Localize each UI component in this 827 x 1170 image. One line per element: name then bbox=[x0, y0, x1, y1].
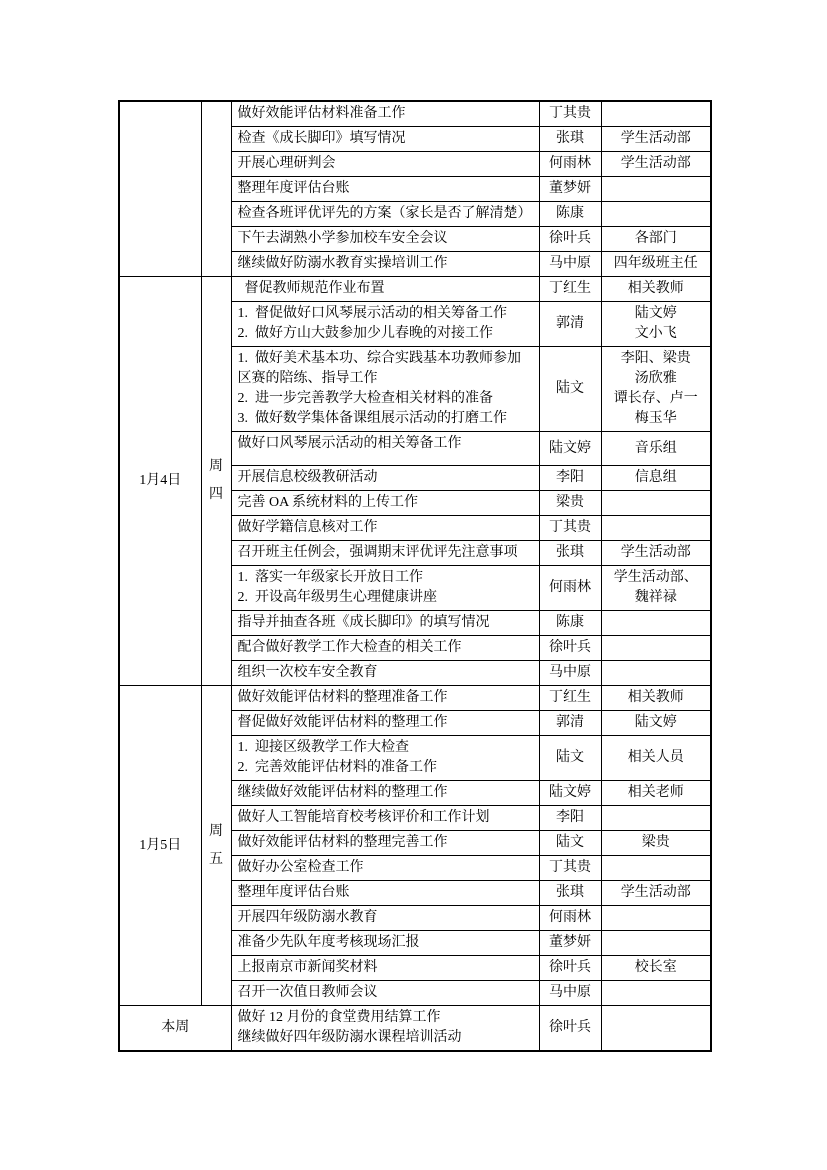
task-cell: 整理年度评估台账 bbox=[231, 881, 539, 906]
document-page: 做好效能评估材料准备工作丁其贵检查《成长脚印》填写情况张琪学生活动部开展心理研判… bbox=[0, 0, 827, 1170]
person-cell: 董梦妍 bbox=[539, 177, 601, 202]
task-cell: 1. 落实一年级家长开放日工作2. 开设高年级男生心理健康讲座 bbox=[231, 566, 539, 611]
person-cell: 马中原 bbox=[539, 661, 601, 686]
department-line: 相关教师 bbox=[604, 279, 709, 299]
department-cell bbox=[601, 491, 711, 516]
department-line: 相关人员 bbox=[604, 748, 709, 768]
table-row: 1月5日周五做好效能评估材料的整理准备工作丁红生相关教师 bbox=[119, 686, 711, 711]
task-cell: 整理年度评估台账 bbox=[231, 177, 539, 202]
weekly-schedule-table: 做好效能评估材料准备工作丁其贵检查《成长脚印》填写情况张琪学生活动部开展心理研判… bbox=[118, 100, 712, 1052]
department-line: 各部门 bbox=[604, 229, 709, 249]
task-line: 整理年度评估台账 bbox=[238, 179, 537, 199]
date-cell: 本周 bbox=[119, 1006, 231, 1052]
task-line: 做好口风琴展示活动的相关筹备工作 bbox=[238, 434, 537, 454]
task-line: 召开一次值日教师会议 bbox=[238, 983, 537, 1003]
task-cell: 组织一次校车安全教育 bbox=[231, 661, 539, 686]
department-line: 相关教师 bbox=[604, 688, 709, 708]
task-line: 完善 OA 系统材料的上传工作 bbox=[238, 493, 537, 513]
department-cell: 四年级班主任 bbox=[601, 252, 711, 277]
department-line: 魏祥禄 bbox=[604, 588, 709, 608]
department-cell bbox=[601, 1006, 711, 1052]
task-line: 做好 12 月份的食堂费用结算工作 bbox=[238, 1008, 537, 1028]
department-cell: 学生活动部、魏祥禄 bbox=[601, 566, 711, 611]
schedule-table-body: 做好效能评估材料准备工作丁其贵检查《成长脚印》填写情况张琪学生活动部开展心理研判… bbox=[119, 101, 711, 1051]
department-cell: 各部门 bbox=[601, 227, 711, 252]
department-cell bbox=[601, 661, 711, 686]
task-line: 2. 做好方山大鼓参加少儿春晚的对接工作 bbox=[238, 324, 537, 344]
task-line bbox=[238, 454, 537, 463]
task-line: 1. 督促做好口风琴展示活动的相关筹备工作 bbox=[238, 304, 537, 324]
task-line: 下午去湖熟小学参加校车安全会议 bbox=[238, 229, 537, 249]
task-line: 检查《成长脚印》填写情况 bbox=[238, 129, 537, 149]
person-cell: 丁其贵 bbox=[539, 101, 601, 127]
task-line: 做好办公室检查工作 bbox=[238, 858, 537, 878]
task-cell: 开展信息校级教研活动 bbox=[231, 466, 539, 491]
person-cell: 梁贵 bbox=[539, 491, 601, 516]
department-cell: 学生活动部 bbox=[601, 127, 711, 152]
department-cell: 李阳、梁贵汤欣雅谭长存、卢一梅玉华 bbox=[601, 347, 711, 432]
person-cell: 陈康 bbox=[539, 611, 601, 636]
department-line: 音乐组 bbox=[604, 439, 709, 459]
table-row: 1月4日周四 督促教师规范作业布置丁红生相关教师 bbox=[119, 277, 711, 302]
person-cell: 董梦妍 bbox=[539, 931, 601, 956]
day-cell: 周四 bbox=[201, 277, 231, 686]
task-cell: 下午去湖熟小学参加校车安全会议 bbox=[231, 227, 539, 252]
task-cell: 1. 督促做好口风琴展示活动的相关筹备工作2. 做好方山大鼓参加少儿春晚的对接工… bbox=[231, 302, 539, 347]
person-cell: 张琪 bbox=[539, 541, 601, 566]
person-cell: 丁红生 bbox=[539, 277, 601, 302]
department-line: 校长室 bbox=[604, 958, 709, 978]
department-line: 学生活动部 bbox=[604, 543, 709, 563]
task-cell: 配合做好教学工作大检查的相关工作 bbox=[231, 636, 539, 661]
task-cell: 完善 OA 系统材料的上传工作 bbox=[231, 491, 539, 516]
department-cell: 音乐组 bbox=[601, 432, 711, 466]
department-cell: 相关老师 bbox=[601, 781, 711, 806]
department-cell: 相关教师 bbox=[601, 277, 711, 302]
department-line: 汤欣雅 bbox=[604, 369, 709, 389]
department-line: 谭长存、卢一 bbox=[604, 389, 709, 409]
task-line: 1. 迎接区级教学工作大检查 bbox=[238, 738, 537, 758]
department-cell: 学生活动部 bbox=[601, 152, 711, 177]
department-line: 学生活动部、 bbox=[604, 568, 709, 588]
task-cell: 做好口风琴展示活动的相关筹备工作 bbox=[231, 432, 539, 466]
department-cell bbox=[601, 516, 711, 541]
person-cell: 马中原 bbox=[539, 252, 601, 277]
person-cell: 张琪 bbox=[539, 127, 601, 152]
person-cell: 徐叶兵 bbox=[539, 227, 601, 252]
task-line: 做好效能评估材料的整理完善工作 bbox=[238, 833, 537, 853]
department-line: 陆文婷 bbox=[604, 304, 709, 324]
department-cell: 相关人员 bbox=[601, 736, 711, 781]
person-cell: 徐叶兵 bbox=[539, 956, 601, 981]
task-cell: 检查《成长脚印》填写情况 bbox=[231, 127, 539, 152]
task-cell: 召开一次值日教师会议 bbox=[231, 981, 539, 1006]
person-cell: 何雨林 bbox=[539, 566, 601, 611]
task-line: 继续做好防溺水教育实操培训工作 bbox=[238, 254, 537, 274]
department-cell bbox=[601, 177, 711, 202]
department-cell: 相关教师 bbox=[601, 686, 711, 711]
task-cell: 做好学籍信息核对工作 bbox=[231, 516, 539, 541]
person-cell: 何雨林 bbox=[539, 906, 601, 931]
person-cell: 丁红生 bbox=[539, 686, 601, 711]
task-cell: 1. 迎接区级教学工作大检查2. 完善效能评估材料的准备工作 bbox=[231, 736, 539, 781]
department-line: 学生活动部 bbox=[604, 883, 709, 903]
department-cell bbox=[601, 981, 711, 1006]
department-line: 四年级班主任 bbox=[604, 254, 709, 274]
task-cell: 做好人工智能培育校考核评价和工作计划 bbox=[231, 806, 539, 831]
task-cell: 做好 12 月份的食堂费用结算工作继续做好四年级防溺水课程培训活动 bbox=[231, 1006, 539, 1052]
person-cell: 陆文婷 bbox=[539, 781, 601, 806]
department-cell bbox=[601, 931, 711, 956]
table-row: 本周做好 12 月份的食堂费用结算工作继续做好四年级防溺水课程培训活动徐叶兵 bbox=[119, 1006, 711, 1052]
task-line: 2. 进一步完善教学大检查相关材料的准备 bbox=[238, 389, 537, 409]
task-cell: 督促做好效能评估材料的整理工作 bbox=[231, 711, 539, 736]
task-line: 组织一次校车安全教育 bbox=[238, 663, 537, 683]
task-line: 1. 落实一年级家长开放日工作 bbox=[238, 568, 537, 588]
date-cell: 1月5日 bbox=[119, 686, 201, 1006]
department-cell: 校长室 bbox=[601, 956, 711, 981]
task-line: 1. 做好美术基本功、综合实践基本功教师参加 bbox=[238, 349, 537, 369]
person-cell: 陆文婷 bbox=[539, 432, 601, 466]
task-line: 指导并抽查各班《成长脚印》的填写情况 bbox=[238, 613, 537, 633]
person-cell: 丁其贵 bbox=[539, 856, 601, 881]
task-line: 做好效能评估材料的整理准备工作 bbox=[238, 688, 537, 708]
task-line: 开展心理研判会 bbox=[238, 154, 537, 174]
task-line: 继续做好四年级防溺水课程培训活动 bbox=[238, 1028, 537, 1048]
person-cell: 李阳 bbox=[539, 466, 601, 491]
task-line: 检查各班评优评先的方案（家长是否了解清楚） bbox=[238, 204, 537, 224]
task-line: 做好效能评估材料准备工作 bbox=[238, 104, 537, 124]
department-cell bbox=[601, 202, 711, 227]
person-cell: 张琪 bbox=[539, 881, 601, 906]
task-cell: 继续做好效能评估材料的整理工作 bbox=[231, 781, 539, 806]
task-line: 整理年度评估台账 bbox=[238, 883, 537, 903]
task-cell: 召开班主任例会，强调期末评优评先注意事项 bbox=[231, 541, 539, 566]
day-cell bbox=[201, 101, 231, 277]
table-row: 做好效能评估材料准备工作丁其贵 bbox=[119, 101, 711, 127]
task-cell: 检查各班评优评先的方案（家长是否了解清楚） bbox=[231, 202, 539, 227]
department-line: 梅玉华 bbox=[604, 409, 709, 429]
department-cell bbox=[601, 856, 711, 881]
task-cell: 做好效能评估材料准备工作 bbox=[231, 101, 539, 127]
task-line: 3. 做好数学集体备课组展示活动的打磨工作 bbox=[238, 409, 537, 429]
department-cell: 陆文婷 bbox=[601, 711, 711, 736]
department-line: 学生活动部 bbox=[604, 154, 709, 174]
task-cell: 继续做好防溺水教育实操培训工作 bbox=[231, 252, 539, 277]
person-cell: 徐叶兵 bbox=[539, 636, 601, 661]
date-cell bbox=[119, 101, 201, 277]
task-line: 2. 开设高年级男生心理健康讲座 bbox=[238, 588, 537, 608]
department-cell bbox=[601, 906, 711, 931]
department-cell bbox=[601, 611, 711, 636]
department-line: 学生活动部 bbox=[604, 129, 709, 149]
task-line: 督促做好效能评估材料的整理工作 bbox=[238, 713, 537, 733]
department-cell: 学生活动部 bbox=[601, 881, 711, 906]
department-line: 文小飞 bbox=[604, 324, 709, 344]
person-cell: 郭清 bbox=[539, 302, 601, 347]
task-line: 继续做好效能评估材料的整理工作 bbox=[238, 783, 537, 803]
task-cell: 1. 做好美术基本功、综合实践基本功教师参加区赛的陪练、指导工作2. 进一步完善… bbox=[231, 347, 539, 432]
task-line: 准备少先队年度考核现场汇报 bbox=[238, 933, 537, 953]
task-line: 上报南京市新闻奖材料 bbox=[238, 958, 537, 978]
department-cell: 信息组 bbox=[601, 466, 711, 491]
task-cell: 开展心理研判会 bbox=[231, 152, 539, 177]
department-line: 梁贵 bbox=[604, 833, 709, 853]
department-cell: 学生活动部 bbox=[601, 541, 711, 566]
person-cell: 陆文 bbox=[539, 831, 601, 856]
person-cell: 郭清 bbox=[539, 711, 601, 736]
task-cell: 做好效能评估材料的整理完善工作 bbox=[231, 831, 539, 856]
department-cell: 梁贵 bbox=[601, 831, 711, 856]
person-cell: 马中原 bbox=[539, 981, 601, 1006]
task-line: 区赛的陪练、指导工作 bbox=[238, 369, 537, 389]
person-cell: 陆文 bbox=[539, 347, 601, 432]
department-cell bbox=[601, 636, 711, 661]
department-line: 陆文婷 bbox=[604, 713, 709, 733]
task-cell: 准备少先队年度考核现场汇报 bbox=[231, 931, 539, 956]
date-cell: 1月4日 bbox=[119, 277, 201, 686]
task-line: 开展信息校级教研活动 bbox=[238, 468, 537, 488]
task-line: 做好学籍信息核对工作 bbox=[238, 518, 537, 538]
person-cell: 陆文 bbox=[539, 736, 601, 781]
department-line: 李阳、梁贵 bbox=[604, 349, 709, 369]
task-line: 配合做好教学工作大检查的相关工作 bbox=[238, 638, 537, 658]
task-line: 督促教师规范作业布置 bbox=[238, 279, 537, 299]
department-cell bbox=[601, 806, 711, 831]
task-cell: 做好办公室检查工作 bbox=[231, 856, 539, 881]
task-line: 开展四年级防溺水教育 bbox=[238, 908, 537, 928]
task-cell: 上报南京市新闻奖材料 bbox=[231, 956, 539, 981]
task-cell: 指导并抽查各班《成长脚印》的填写情况 bbox=[231, 611, 539, 636]
person-cell: 徐叶兵 bbox=[539, 1006, 601, 1052]
department-line: 信息组 bbox=[604, 468, 709, 488]
task-line: 做好人工智能培育校考核评价和工作计划 bbox=[238, 808, 537, 828]
task-cell: 做好效能评估材料的整理准备工作 bbox=[231, 686, 539, 711]
department-cell bbox=[601, 101, 711, 127]
department-line: 相关老师 bbox=[604, 783, 709, 803]
day-cell: 周五 bbox=[201, 686, 231, 1006]
task-cell: 督促教师规范作业布置 bbox=[231, 277, 539, 302]
person-cell: 丁其贵 bbox=[539, 516, 601, 541]
person-cell: 李阳 bbox=[539, 806, 601, 831]
task-cell: 开展四年级防溺水教育 bbox=[231, 906, 539, 931]
department-cell: 陆文婷文小飞 bbox=[601, 302, 711, 347]
person-cell: 陈康 bbox=[539, 202, 601, 227]
task-line: 召开班主任例会，强调期末评优评先注意事项 bbox=[238, 543, 537, 563]
person-cell: 何雨林 bbox=[539, 152, 601, 177]
task-line: 2. 完善效能评估材料的准备工作 bbox=[238, 758, 537, 778]
